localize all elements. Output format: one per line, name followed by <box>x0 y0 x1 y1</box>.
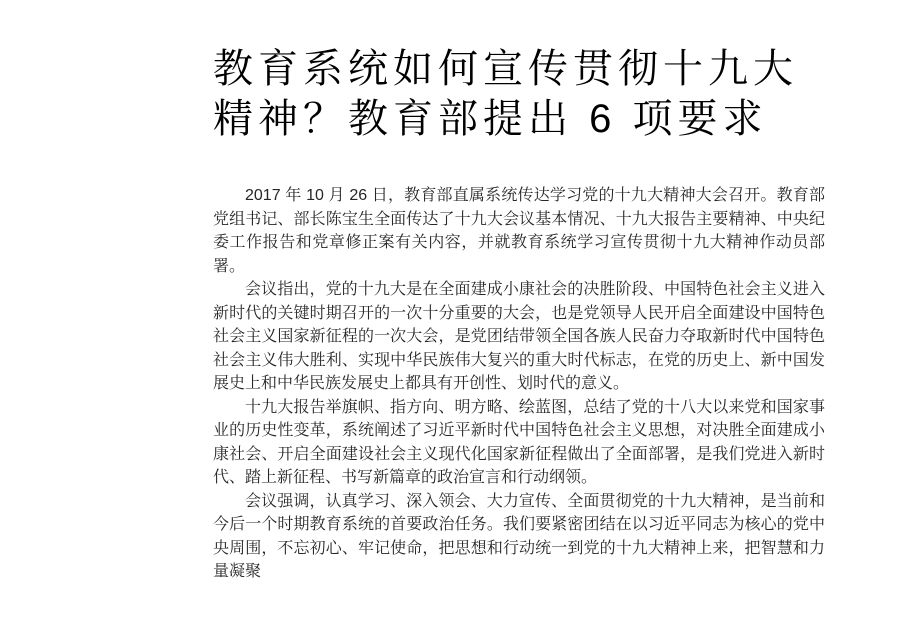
article-body: 2017 年 10 月 26 日，教育部直属系统传达学习党的十九大精神大会召开。… <box>213 184 825 584</box>
paragraph-meeting-pointed-out: 会议指出，党的十九大是在全面建成小康社会的决胜阶段、中国特色社会主义进入新时代的… <box>213 278 825 396</box>
article: 教育系统如何宣传贯彻十九大精神？教育部提出 6 项要求 2017 年 10 月 … <box>213 44 825 584</box>
document-page: 教育系统如何宣传贯彻十九大精神？教育部提出 6 项要求 2017 年 10 月 … <box>0 0 900 618</box>
page-title: 教育系统如何宣传贯彻十九大精神？教育部提出 6 项要求 <box>213 44 825 144</box>
paragraph-report-summary: 十九大报告举旗帜、指方向、明方略、绘蓝图，总结了党的十八大以来党和国家事业的历史… <box>213 396 825 490</box>
paragraph-meeting-emphasized: 会议强调，认真学习、深入领会、大力宣传、全面贯彻党的十九大精神，是当前和今后一个… <box>213 490 825 584</box>
paragraph-meeting-opening: 2017 年 10 月 26 日，教育部直属系统传达学习党的十九大精神大会召开。… <box>213 184 825 278</box>
